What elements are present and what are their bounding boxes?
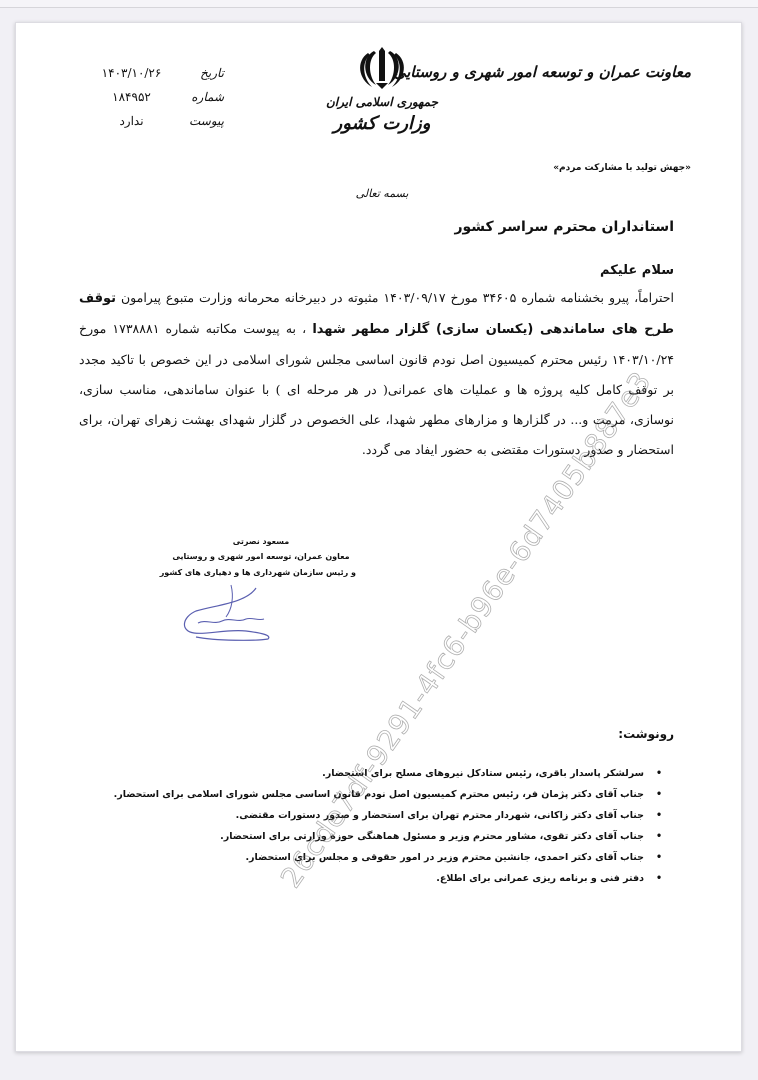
letter-body: احتراماً، پیرو بخشنامه شماره ۳۴۶۰۵ مورخ …: [79, 283, 674, 465]
meta-number-value: ۱۸۴۹۵۲: [84, 90, 179, 104]
greeting: سلام علیکم: [600, 263, 674, 278]
signatory-name: مسعود نصرتی: [166, 535, 356, 549]
cc-list: •سرلشکر پاسدار باقری، رئیس ستادکل نیروها…: [154, 763, 674, 889]
meta-date-value: ۱۴۰۳/۱۰/۲۶: [84, 66, 179, 80]
meta-date-row: تاریخ ۱۴۰۳/۱۰/۲۶: [84, 61, 224, 85]
ministry-name: وزارت کشور: [316, 113, 448, 134]
cc-item: •سرلشکر پاسدار باقری، رئیس ستادکل نیروها…: [154, 763, 674, 784]
signatory-title-2: و رئیس سازمان شهرداری ها و دهیاری های کش…: [166, 565, 356, 581]
body-part-1: احتراماً، پیرو بخشنامه شماره ۳۴۶۰۵ مورخ …: [116, 290, 674, 305]
slogan: «جهش تولید با مشارکت مردم»: [553, 163, 691, 173]
meta-attachment-label: پیوست: [184, 114, 224, 128]
iran-emblem-icon: [352, 43, 412, 91]
country-name: جمهوری اسلامی ایران: [316, 95, 448, 109]
bullet-icon: •: [644, 868, 674, 889]
letter-meta: تاریخ ۱۴۰۳/۱۰/۲۶ شماره ۱۸۴۹۵۲ پیوست ندار…: [84, 61, 224, 133]
handwritten-signature-icon: [176, 583, 286, 643]
bullet-icon: •: [644, 805, 674, 826]
meta-attachment-value: ندارد: [84, 114, 179, 128]
invocation: بسمه تعالی: [316, 187, 448, 200]
meta-date-label: تاریخ: [184, 66, 224, 80]
cc-item: •جناب آقای دکتر پژمان فر، رئیس محترم کمی…: [154, 784, 674, 805]
bullet-icon: •: [644, 847, 674, 868]
bullet-icon: •: [644, 784, 674, 805]
viewer-top-bar: [0, 0, 758, 8]
body-part-2: ، به پیوست مکاتبه شماره ۱۷۳۸۸۸۱ مورخ ۱۴۰…: [79, 321, 674, 457]
signature-block: مسعود نصرتی معاون عمران، توسعه امور شهری…: [166, 535, 356, 581]
addressee: استانداران محترم سراسر کشور: [454, 219, 674, 235]
meta-number-label: شماره: [184, 90, 224, 104]
cc-item: •جناب آقای دکتر زاکانی، شهردار محترم تهر…: [154, 805, 674, 826]
cc-item: •دفتر فنی و برنامه ریزی عمرانی برای اطلا…: [154, 868, 674, 889]
signatory-title-1: معاون عمران، توسعه امور شهری و روستایی: [166, 549, 356, 565]
meta-number-row: شماره ۱۸۴۹۵۲: [84, 85, 224, 109]
bullet-icon: •: [644, 826, 674, 847]
bullet-icon: •: [644, 763, 674, 784]
department-title: معاونت عمران و توسعه امور شهری و روستایی: [394, 63, 691, 81]
cc-item: •جناب آقای دکتر احمدی، جانشین محترم وزیر…: [154, 847, 674, 868]
cc-title: رونوشت:: [618, 727, 674, 741]
meta-attachment-row: پیوست ندارد: [84, 109, 224, 133]
cc-item: •جناب آقای دکتر تقوی، مشاور محترم وزیر و…: [154, 826, 674, 847]
document-page[interactable]: معاونت عمران و توسعه امور شهری و روستایی…: [15, 22, 742, 1052]
